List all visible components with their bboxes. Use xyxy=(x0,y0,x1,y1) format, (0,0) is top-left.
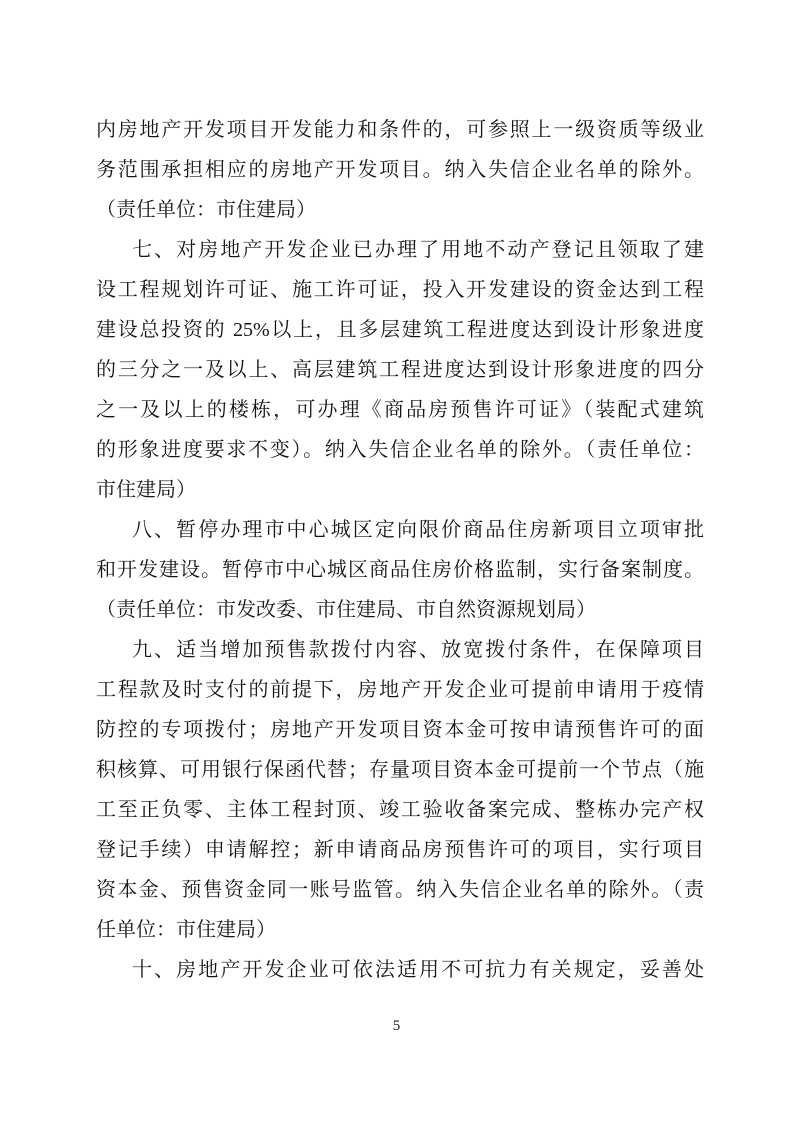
text-line: 工至正负零、主体工程封顶、竣工验收备案完成、整栋办完产权 xyxy=(96,790,704,830)
document-body: 内房地产开发项目开发能力和条件的，可参照上一级资质等级业 务范围承担相应的房地产… xyxy=(96,110,704,990)
text-line: 内房地产开发项目开发能力和条件的，可参照上一级资质等级业 xyxy=(96,110,704,150)
text-line: 任单位：市住建局） xyxy=(96,910,704,950)
text-line: 资本金、预售资金同一账号监管。纳入失信企业名单的除外。（责 xyxy=(96,870,704,910)
text-line: 积核算、可用银行保函代替；存量项目资本金可提前一个节点（施 xyxy=(96,750,704,790)
text-line: 设工程规划许可证、施工许可证，投入开发建设的资金达到工程 xyxy=(96,270,704,310)
text-line: 七、对房地产开发企业已办理了用地不动产登记且领取了建 xyxy=(96,230,704,270)
text-line: 的形象进度要求不变）。纳入失信企业名单的除外。（责任单位： xyxy=(96,430,704,470)
text-line: 建设总投资的 25%以上，且多层建筑工程进度达到设计形象进度 xyxy=(96,310,704,350)
text-line: 和开发建设。暂停市中心城区商品住房价格监制，实行备案制度。 xyxy=(96,550,704,590)
text-line: 的三分之一及以上、高层建筑工程进度达到设计形象进度的四分 xyxy=(96,350,704,390)
text-line: 八、暂停办理市中心城区定向限价商品住房新项目立项审批 xyxy=(96,510,704,550)
text-line: （责任单位：市发改委、市住建局、市自然资源规划局） xyxy=(96,590,704,630)
text-line: 九、适当增加预售款拨付内容、放宽拨付条件，在保障项目 xyxy=(96,630,704,670)
text-line: 防控的专项拨付；房地产开发项目资本金可按申请预售许可的面 xyxy=(96,710,704,750)
text-line: 工程款及时支付的前提下，房地产开发企业可提前申请用于疫情 xyxy=(96,670,704,710)
text-line: （责任单位：市住建局） xyxy=(96,190,704,230)
text-line: 市住建局） xyxy=(96,470,704,510)
text-line: 务范围承担相应的房地产开发项目。纳入失信企业名单的除外。 xyxy=(96,150,704,190)
text-line: 之一及以上的楼栋，可办理《商品房预售许可证》（装配式建筑 xyxy=(96,390,704,430)
document-page: 内房地产开发项目开发能力和条件的，可参照上一级资质等级业 务范围承担相应的房地产… xyxy=(0,0,793,1122)
text-line: 登记手续）申请解控；新申请商品房预售许可的项目，实行项目 xyxy=(96,830,704,870)
page-number: 5 xyxy=(0,1018,793,1035)
text-line: 十、房地产开发企业可依法适用不可抗力有关规定，妥善处 xyxy=(96,950,704,990)
